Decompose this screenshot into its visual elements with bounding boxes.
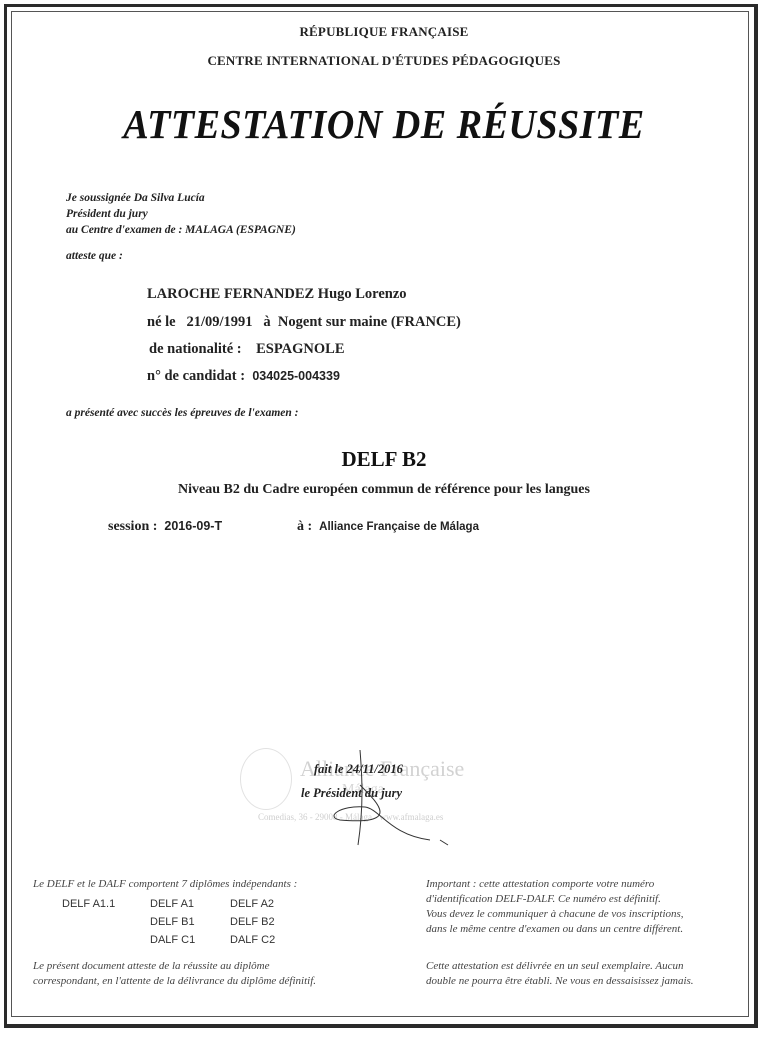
exam-centre-line: au Centre d'examen de : MALAGA (ESPAGNE)	[66, 222, 296, 238]
exam-center: Alliance Française de Málaga	[319, 521, 479, 533]
diploma-item: DELF B2	[230, 916, 275, 928]
unique-copy-2: double ne pourra être établi. Ne vous en…	[426, 974, 694, 989]
important-3: Vous devez le communiquer à chacune de v…	[426, 907, 684, 922]
birth-place: Nogent sur maine (FRANCE)	[278, 314, 461, 330]
republic-heading: RÉPUBLIQUE FRANÇAISE	[0, 24, 768, 40]
signatory-role: Président du jury	[66, 206, 148, 222]
birth-line: né le 21/09/1991 à Nogent sur maine (FRA…	[147, 314, 461, 331]
stamp-emblem-icon	[240, 748, 292, 810]
exam-center-line: à : Alliance Française de Málaga	[297, 519, 479, 535]
diploma-item: DELF A1.1	[62, 898, 115, 910]
exam-name: DELF B2	[0, 447, 768, 472]
diploma-item: DELF B1	[150, 916, 195, 928]
nationality-label: de nationalité :	[149, 341, 242, 357]
candidate-number-label: n° de candidat :	[147, 368, 245, 384]
important-4: dans le même centre d'examen ou dans un …	[426, 922, 683, 937]
exam-presented-line: a présenté avec succès les épreuves de l…	[66, 405, 299, 421]
note-left-1: Le présent document atteste de la réussi…	[33, 959, 269, 974]
birth-place-label: à	[263, 314, 270, 330]
institution-heading: CENTRE INTERNATIONAL D'ÉTUDES PÉDAGOGIQU…	[0, 53, 768, 69]
exam-center-label: à :	[297, 519, 312, 534]
diploma-item: DELF A2	[230, 898, 274, 910]
session-value: 2016-09-T	[164, 519, 222, 533]
atteste-que: atteste que :	[66, 248, 123, 264]
diploma-item: DALF C2	[230, 934, 275, 946]
nationality-line: de nationalité : ESPAGNOLE	[149, 341, 345, 358]
candidate-number: 034025-004339	[252, 369, 340, 383]
diplomas-intro: Le DELF et le DALF comportent 7 diplômes…	[33, 877, 297, 892]
session-line: session : 2016-09-T	[108, 519, 222, 535]
birth-date: 21/09/1991	[186, 314, 252, 330]
unique-copy-1: Cette attestation est délivrée en un seu…	[426, 959, 684, 974]
diploma-item: DELF A1	[150, 898, 194, 910]
session-label: session :	[108, 519, 157, 534]
note-left-2: correspondant, en l'attente de la délivr…	[33, 974, 316, 989]
birth-label: né le	[147, 314, 176, 330]
candidate-name: LAROCHE FERNANDEZ Hugo Lorenzo	[147, 286, 407, 303]
diploma-item: DALF C1	[150, 934, 195, 946]
handwritten-signature-icon	[320, 745, 460, 855]
document-title: ATTESTATION DE RÉUSSITE	[27, 100, 741, 148]
important-1: Important : cette attestation comporte v…	[426, 877, 654, 892]
signatory-line: Je soussignée Da Silva Lucía	[66, 190, 205, 206]
inner-frame	[11, 11, 749, 1017]
important-2: d'identification DELF-DALF. Ce numéro es…	[426, 892, 661, 907]
level-description: Niveau B2 du Cadre européen commun de ré…	[0, 482, 768, 498]
nationality-value: ESPAGNOLE	[256, 341, 344, 357]
candidate-number-line: n° de candidat : 034025-004339	[147, 368, 340, 385]
